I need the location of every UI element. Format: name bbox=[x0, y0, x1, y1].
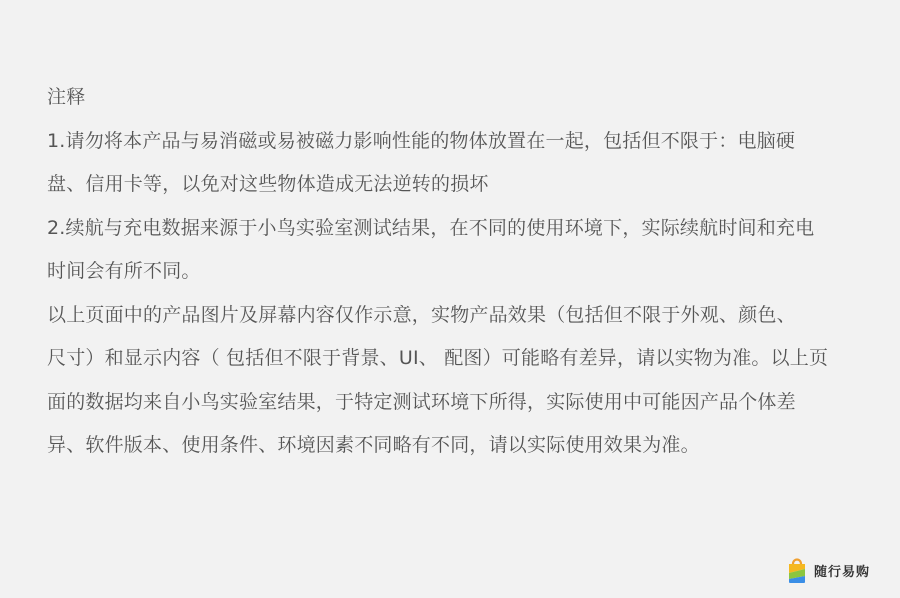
note-line: 1.请勿将本产品与易消磁或易被磁力影响性能的物体放置在一起，包括但不限于：电脑硬 bbox=[47, 120, 867, 164]
note-line: 尺寸）和显示内容（ 包括但不限于背景、UI、 配图）可能略有差异，请以实物为准。… bbox=[47, 337, 867, 381]
notes-section: 注释 1.请勿将本产品与易消磁或易被磁力影响性能的物体放置在一起，包括但不限于：… bbox=[47, 76, 867, 468]
shopping-bag-icon bbox=[786, 555, 808, 585]
note-line: 时间会有所不同。 bbox=[47, 250, 867, 294]
watermark-text: 随行易购 bbox=[814, 561, 870, 580]
note-line: 异、软件版本、使用条件、环境因素不同略有不同，请以实际使用效果为准。 bbox=[47, 424, 867, 468]
note-line: 以上页面中的产品图片及屏幕内容仅作示意，实物产品效果（包括但不限于外观、颜色、 bbox=[47, 294, 867, 338]
note-line: 2.续航与充电数据来源于小鸟实验室测试结果，在不同的使用环境下，实际续航时间和充… bbox=[47, 207, 867, 251]
watermark-logo: 随行易购 bbox=[786, 555, 870, 585]
note-line: 盘、信用卡等，以免对这些物体造成无法逆转的损坏 bbox=[47, 163, 867, 207]
note-line: 面的数据均来自小鸟实验室结果，于特定测试环境下所得，实际使用中可能因产品个体差 bbox=[47, 381, 867, 425]
notes-title: 注释 bbox=[47, 76, 867, 120]
